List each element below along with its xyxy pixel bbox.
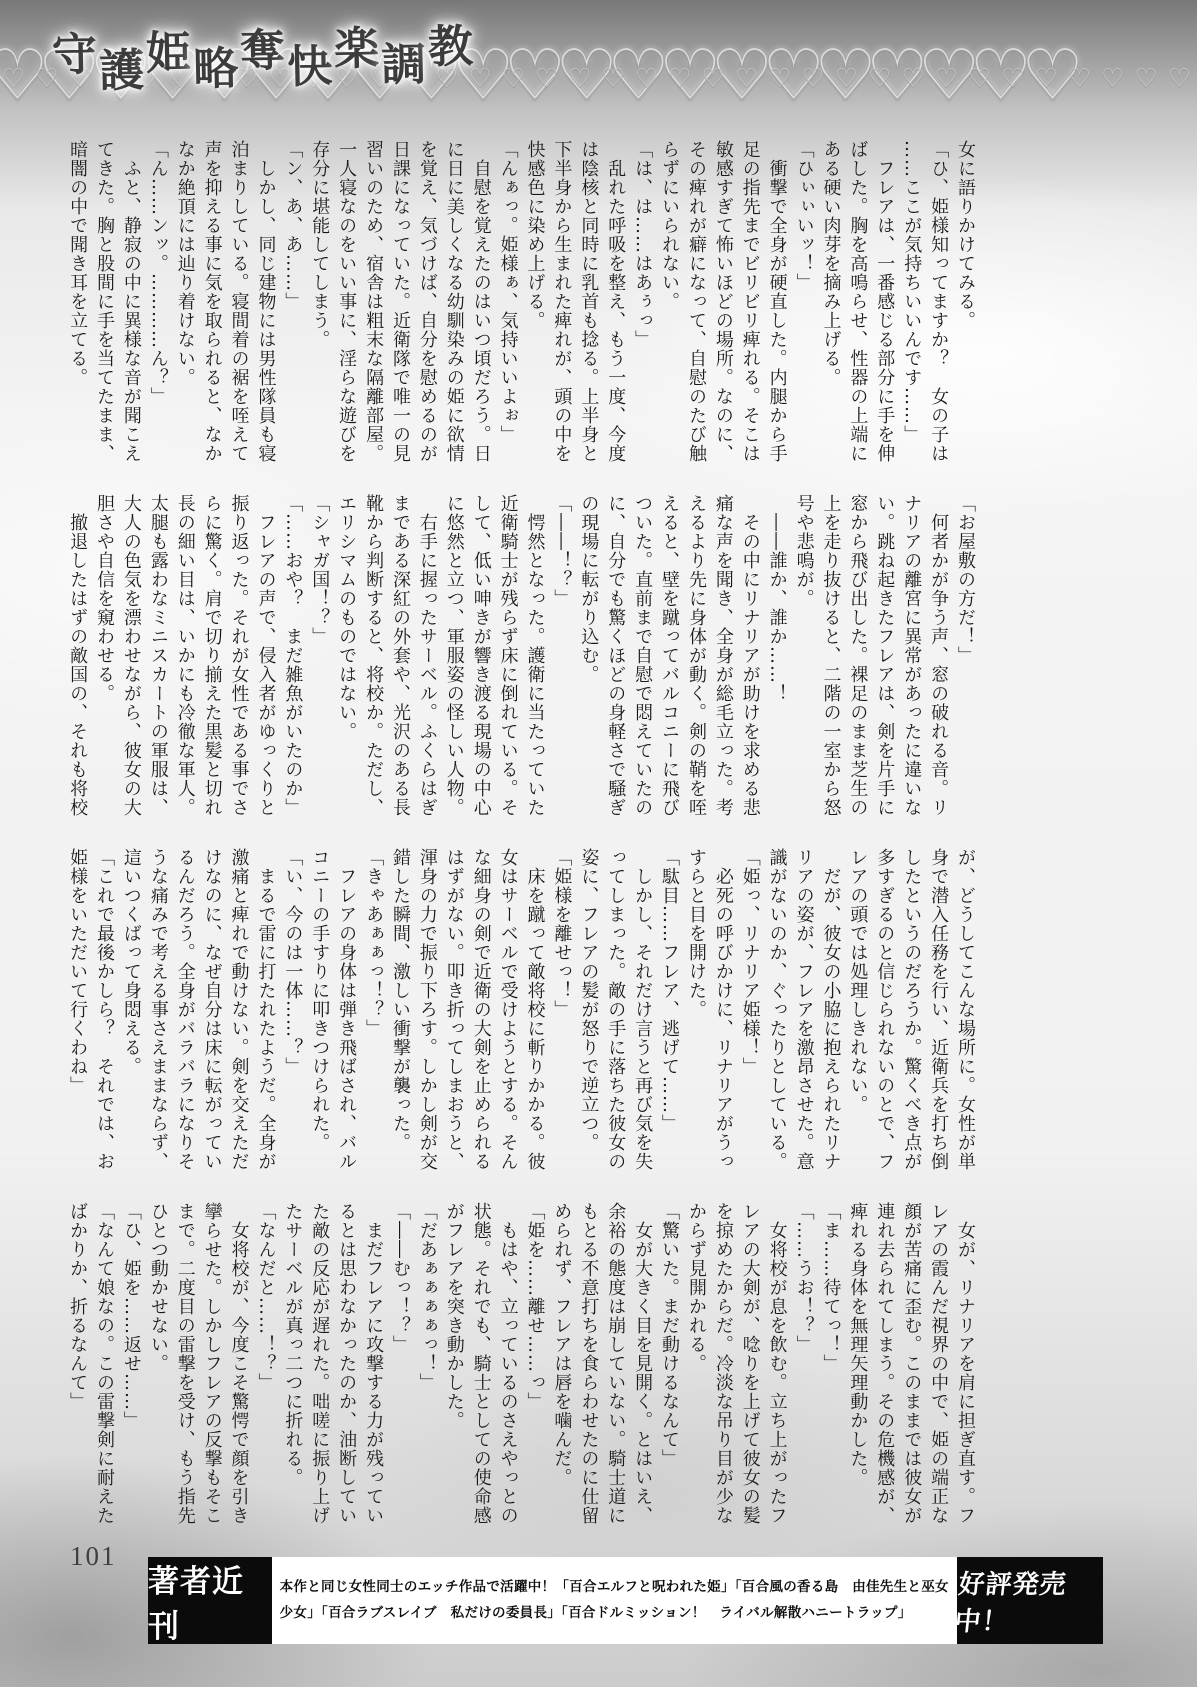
text-column: まで。二度目の雷撃を受け、もう指先 bbox=[171, 1202, 198, 1548]
text-column: 上を走り抜けると、二階の一室から怒 bbox=[817, 494, 844, 840]
text-column: 習いのため、宿舎は粗末な隔離部屋。 bbox=[359, 140, 386, 486]
page-number: 101 bbox=[70, 1541, 117, 1572]
text-column: 錯した瞬間、激しい衝撃が襲った。 bbox=[386, 848, 413, 1194]
text-column: 顔が苦痛に歪む。このままでは彼女が bbox=[897, 1202, 924, 1548]
text-column: からず見開かれる。 bbox=[682, 1202, 709, 1548]
text-column: が、どうしてこんな場所に。女性が単 bbox=[951, 848, 978, 1194]
text-column: 右手に握ったサーベル。ふくらはぎ bbox=[413, 494, 440, 840]
text-column: 「駄目……フレア、逃げて……」 bbox=[655, 848, 682, 1194]
text-column: 多すぎるのと信じられないのとで、フ bbox=[870, 848, 897, 1194]
text-column: フレアの声で、侵入者がゆっくりと bbox=[252, 494, 279, 840]
text-column: 愕然となった。護衛に当たっていた bbox=[521, 494, 548, 840]
text-column: な細身の剣で近衛の大剣を止められる bbox=[467, 848, 494, 1194]
footer-book-list: 本作と同じ女性同士のエッチ作品で活躍中！「百合エルフと呪われた姫」「百合風の香る… bbox=[272, 1557, 957, 1644]
text-column: 這いつくばって身悶える。 bbox=[117, 848, 144, 1194]
text-column: まだフレアに攻撃する力が残ってい bbox=[359, 1202, 386, 1548]
text-column: 靴から判断すると、将校か。ただし、 bbox=[359, 494, 386, 840]
text-column: その中にリナリアが助けを求める悲 bbox=[736, 494, 763, 840]
text-column: 連れ去られてしまう。その危機感が、 bbox=[870, 1202, 897, 1548]
text-column: しかし、同じ建物には男性隊員も寝 bbox=[252, 140, 279, 486]
text-column: 識がないのか、ぐったりとしている。 bbox=[763, 848, 790, 1194]
text-column: 痺れる身体を無理矢理動かした。 bbox=[843, 1202, 870, 1548]
text-column: 床を蹴って敵将校に斬りかかる。彼 bbox=[521, 848, 548, 1194]
text-column: 乱れた呼吸を整え、もう一度、今度 bbox=[601, 140, 628, 486]
text-column: 暗闇の中で聞き耳を立てる。 bbox=[63, 140, 90, 486]
text-column: 「ひぃぃいッ！」 bbox=[790, 140, 817, 486]
text-column: ひとつ動かせない。 bbox=[144, 1202, 171, 1548]
text-column: 存分に堪能してしまう。 bbox=[305, 140, 332, 486]
text-column: もはや、立っているのさえやっとの bbox=[494, 1202, 521, 1548]
text-column: レアの頭では処理しきれない。 bbox=[843, 848, 870, 1194]
footer-book-list-line-2: 少女」「百合ラブスレイブ 私だけの委員長」「百合ドルミッション！ ライバル解散ハ… bbox=[280, 1601, 949, 1627]
text-column: 敏感すぎて怖いほどの場所。なのに、 bbox=[709, 140, 736, 486]
text-column: 一人寝なのをいい事に、淫らな遊びを bbox=[332, 140, 359, 486]
text-column: 号や悲鳴が。 bbox=[790, 494, 817, 840]
text-column: しかし、それだけ言うと再び気を失 bbox=[628, 848, 655, 1194]
text-column: 「驚いた。まだ動けるなんて」 bbox=[655, 1202, 682, 1548]
text-column: 太腿も露わなミニスカートの軍服は、 bbox=[144, 494, 171, 840]
text-column: ……ここが気持ちいいんです……」 bbox=[897, 140, 924, 486]
text-column: 「なんだと……！？」 bbox=[252, 1202, 279, 1548]
text-column: すらと目を開けた。 bbox=[682, 848, 709, 1194]
text-column: 「姫を……離せ……っ」 bbox=[521, 1202, 548, 1548]
text-column: い。跳ね起きたフレアは、剣を片手に bbox=[870, 494, 897, 840]
page-title: 守護姫略奪快楽調教 bbox=[51, 18, 475, 92]
text-column: 渾身の力で振り下ろす。しかし剣が交 bbox=[413, 848, 440, 1194]
text-column: エリシマムのものではない。 bbox=[332, 494, 359, 840]
text-column: 必死の呼びかけに、リナリアがうっ bbox=[709, 848, 736, 1194]
text-column: ばした。胸を高鳴らせ、性器の上端に bbox=[843, 140, 870, 486]
text-column: 振り返った。それが女性である事でさ bbox=[225, 494, 252, 840]
text-column: 「ま……待てっ！」 bbox=[817, 1202, 844, 1548]
text-column: らずにいられない。 bbox=[655, 140, 682, 486]
text-column: がフレアを突き動かした。 bbox=[440, 1202, 467, 1548]
text-column: 足の指先までビリビリ痺れる。そこは bbox=[736, 140, 763, 486]
footer-promo-text: 好評発売中！ bbox=[952, 1557, 1107, 1644]
text-column: に日に美しくなる幼馴染みの姫に欲情 bbox=[440, 140, 467, 486]
text-column: 長の細い目は、いかにも冷徹な軍人。 bbox=[171, 494, 198, 840]
text-column: だが、彼女の小脇に抱えられたリナ bbox=[817, 848, 844, 1194]
text-column: 大人の色気を漂わせながら、彼女の大 bbox=[117, 494, 144, 840]
text-band-3: が、どうしてこんな場所に。女性が単身で潜入任務を行い、近衛兵を打ち倒したというの… bbox=[62, 848, 978, 1196]
text-column: 激痛と痺れで動けない。剣を交えただ bbox=[225, 848, 252, 1194]
text-column: ついた。直前まで自慰で悶えていたの bbox=[628, 494, 655, 840]
text-column: はずがない。叩き折ってしまおうと、 bbox=[440, 848, 467, 1194]
text-column: ばかりか、折るなんて」 bbox=[63, 1202, 90, 1548]
text-column: えると、壁を蹴ってバルコニーに飛び bbox=[655, 494, 682, 840]
text-column: を掠めたからだ。冷淡な吊り目が少な bbox=[709, 1202, 736, 1548]
text-column: 身で潜入任務を行い、近衛兵を打ち倒 bbox=[924, 848, 951, 1194]
text-column: は陰核と同時に乳首も捻る。上半身と bbox=[574, 140, 601, 486]
text-column: 「なんて娘なの。この雷撃剣に耐えた bbox=[90, 1202, 117, 1548]
text-column: 日課になっていた。近衛隊で唯一の見 bbox=[386, 140, 413, 486]
text-column: た敵の反応が遅れた。咄嗟に振り上げ bbox=[305, 1202, 332, 1548]
text-column: てきた。胸と股間に手を当てたまま、 bbox=[90, 140, 117, 486]
text-column: 攣らせた。しかしフレアの反撃もそこ bbox=[198, 1202, 225, 1548]
text-column: 「い、今のは一体……？」 bbox=[278, 848, 305, 1194]
text-column: 女が大きく目を見開く。とはいえ、 bbox=[628, 1202, 655, 1548]
text-column: ナリアの離宮に異常があったに違いな bbox=[897, 494, 924, 840]
text-column: ある硬い肉芽を摘み上げる。 bbox=[817, 140, 844, 486]
text-column: 女将校が、今度こそ驚愕で顔を引き bbox=[225, 1202, 252, 1548]
text-column: 撤退したはずの敵国の、それも将校 bbox=[63, 494, 90, 840]
text-column: 「姫っ、リナリア姫様！」 bbox=[736, 848, 763, 1194]
text-column: 泊まりしている。寝間着の裾を咥えて bbox=[225, 140, 252, 486]
text-column: 「姫様を離せっ！」 bbox=[548, 848, 575, 1194]
text-band-2: 「お屋敷の方だ！」 何者かが争う声、窓の破れる音。リナリアの離宮に異常があったに… bbox=[62, 494, 978, 842]
text-column: して、低い呻きが響き渡る現場の中心 bbox=[467, 494, 494, 840]
text-column: 「は、は……はあぅっ」 bbox=[628, 140, 655, 486]
text-column: 女に語りかけてみる。 bbox=[951, 140, 978, 486]
text-column: 状態。それでも、騎士としての使命感 bbox=[467, 1202, 494, 1548]
text-column: 「……おや？ まだ雑魚がいたのか」 bbox=[278, 494, 305, 840]
text-column: 近衛騎士が残らず床に倒れている。そ bbox=[494, 494, 521, 840]
text-column: 「これで最後かしら？ それでは、お bbox=[90, 848, 117, 1194]
footer-bar: 著者近刊 本作と同じ女性同士のエッチ作品で活躍中！「百合エルフと呪われた姫」「百… bbox=[148, 1557, 1103, 1644]
text-column: 「お屋敷の方だ！」 bbox=[951, 494, 978, 840]
text-column: 「――むっ！？」 bbox=[386, 1202, 413, 1548]
text-band-4: 女が、リナリアを肩に担ぎ直す。フレアの霞んだ視界の中で、姫の端正な顔が苦痛に歪む… bbox=[62, 1202, 978, 1550]
text-column: 衝撃で全身が硬直した。内腿から手 bbox=[763, 140, 790, 486]
text-column: 窓から飛び出した。裸足のまま芝生の bbox=[843, 494, 870, 840]
text-column: ってしまった。敵の手に落ちた彼女の bbox=[601, 848, 628, 1194]
text-column: フレアは、一番感じる部分に手を伸 bbox=[870, 140, 897, 486]
text-column: 「んぁっ。姫様ぁ、気持いいよぉ」 bbox=[494, 140, 521, 486]
text-column: 「きゃあぁぁっ！？」 bbox=[359, 848, 386, 1194]
text-column: 胆さや自信を窺わせる。 bbox=[90, 494, 117, 840]
text-column: 「だあぁぁぁぁっ！」 bbox=[413, 1202, 440, 1548]
text-column: けなのに、なぜ自分は床に転がってい bbox=[198, 848, 225, 1194]
text-column: 余裕の態度は崩していない。騎士道に bbox=[601, 1202, 628, 1548]
text-column: まである深紅の外套や、光沢のある長 bbox=[386, 494, 413, 840]
text-column: 「ひ、姫を……返せ……」 bbox=[117, 1202, 144, 1548]
text-column: 「シャガ国！？」 bbox=[305, 494, 332, 840]
text-column: まるで雷に打たれたようだ。全身が bbox=[252, 848, 279, 1194]
text-column: 「ひ、姫様知ってますか？ 女の子は bbox=[924, 140, 951, 486]
text-column: められず、フレアは唇を噛んだ。 bbox=[548, 1202, 575, 1548]
text-column: えるより先に身体が動く。剣の鞘を咥 bbox=[682, 494, 709, 840]
text-column: 「――！？」 bbox=[548, 494, 575, 840]
text-column: 女が、リナリアを肩に担ぎ直す。フ bbox=[951, 1202, 978, 1548]
text-column: その痺れが癖になって、自慰のたび触 bbox=[682, 140, 709, 486]
text-column: レアの霞んだ視界の中で、姫の端正な bbox=[924, 1202, 951, 1548]
text-column: 「ん……ンッ。…………ん？」 bbox=[144, 140, 171, 486]
footer-author-books-label: 著者近刊 bbox=[148, 1557, 272, 1644]
text-column: 声を抑える事に気を取られると、なか bbox=[198, 140, 225, 486]
text-column: の現場に転がり込む。 bbox=[574, 494, 601, 840]
text-column: るとは思わなかったのか、油断してい bbox=[332, 1202, 359, 1548]
book-page: ♡♡♡♡♡♡♡♡♡♡♡♡♡♡♡♡♡♡♡♡♡ ♡♡♡♡♡♡♡♡♡♡♡♡♡♡♡♡♡♡… bbox=[0, 0, 1197, 1687]
page-header: ♡♡♡♡♡♡♡♡♡♡♡♡♡♡♡♡♡♡♡♡♡ ♡♡♡♡♡♡♡♡♡♡♡♡♡♡♡♡♡♡… bbox=[0, 0, 1197, 135]
text-column: もとる不意打ちを食らわせたのに仕留 bbox=[574, 1202, 601, 1548]
text-column: るんだろう。全身がバラバラになりそ bbox=[171, 848, 198, 1194]
footer-book-list-line-1: 本作と同じ女性同士のエッチ作品で活躍中！「百合エルフと呪われた姫」「百合風の香る… bbox=[280, 1575, 949, 1601]
text-column: に、自分でも驚くほどの身軽さで騒ぎ bbox=[601, 494, 628, 840]
text-column: フレアの身体は弾き飛ばされ、バル bbox=[332, 848, 359, 1194]
text-column: うな痛みで考える事さえままならず、 bbox=[144, 848, 171, 1194]
text-column: 痛な声を聞き、全身が総毛立った。考 bbox=[709, 494, 736, 840]
text-column: ――誰か、誰か……！ bbox=[763, 494, 790, 840]
text-column: レアの大剣が、唸りを上げて彼女の髪 bbox=[736, 1202, 763, 1548]
text-column: ふと、静寂の中に異様な音が聞こえ bbox=[117, 140, 144, 486]
text-band-1: 女に語りかけてみる。「ひ、姫様知ってますか？ 女の子は……ここが気持ちいいんです… bbox=[62, 140, 978, 488]
text-column: 姫様をいただいて行くわね」 bbox=[63, 848, 90, 1194]
text-column: らに驚く。肩で切り揃えた黒髪と切れ bbox=[198, 494, 225, 840]
text-column: 快感色に染め上げる。 bbox=[521, 140, 548, 486]
text-column: 女はサーベルで受けようとする。そん bbox=[494, 848, 521, 1194]
text-column: に悠然と立つ、軍服姿の怪しい人物。 bbox=[440, 494, 467, 840]
text-column: 女将校が息を飲む。立ち上がったフ bbox=[763, 1202, 790, 1548]
text-column: 「……うお！？」 bbox=[790, 1202, 817, 1548]
text-column: なか絶頂には辿り着けない。 bbox=[171, 140, 198, 486]
text-column: を覚え、気づけば、自分を慰めるのが bbox=[413, 140, 440, 486]
text-column: 自慰を覚えたのはいつ頃だろう。日 bbox=[467, 140, 494, 486]
text-column: たサーベルが真っ二つに折れる。 bbox=[278, 1202, 305, 1548]
text-column: 何者かが争う声、窓の破れる音。リ bbox=[924, 494, 951, 840]
text-column: したというのだろうか。驚くべき点が bbox=[897, 848, 924, 1194]
text-column: 「ン、あ、あ……」 bbox=[278, 140, 305, 486]
text-column: 姿に、フレアの髪が怒りで逆立つ。 bbox=[574, 848, 601, 1194]
text-column: リアの姿が、フレアを激昂させた。意 bbox=[790, 848, 817, 1194]
text-column: コニーの手すりに叩きつけられた。 bbox=[305, 848, 332, 1194]
text-column: 下半身から生まれた痺れが、頭の中を bbox=[548, 140, 575, 486]
